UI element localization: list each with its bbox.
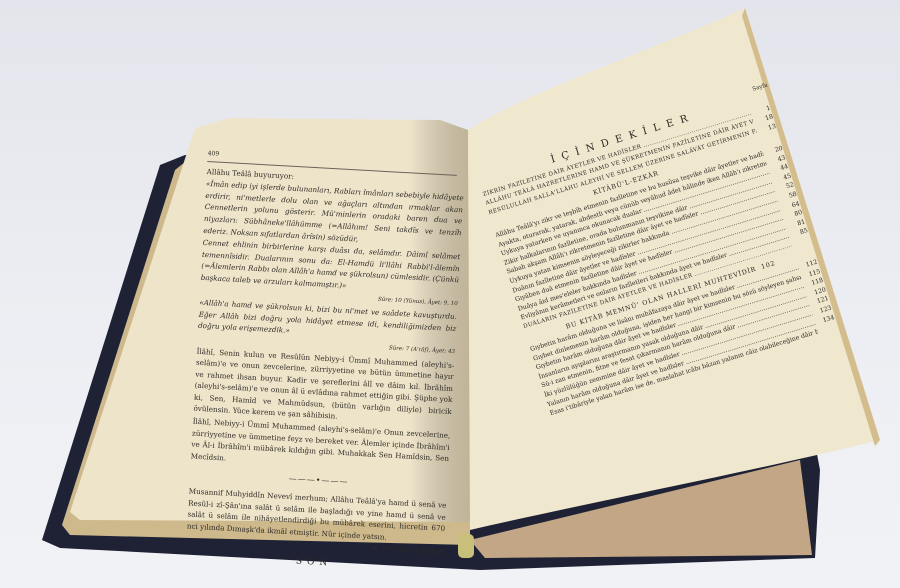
spine-thread <box>458 534 474 558</box>
left-page-text: 409 Allâhu Teâlâ buyuruyor: «Îmân edip i… <box>185 148 466 576</box>
paragraph: İlâhî, Senin kulun ve Resûlün Nebiyy-i Ü… <box>193 345 454 429</box>
photo-scene: 409 Allâhu Teâlâ buyuruyor: «Îmân edip i… <box>0 0 900 588</box>
